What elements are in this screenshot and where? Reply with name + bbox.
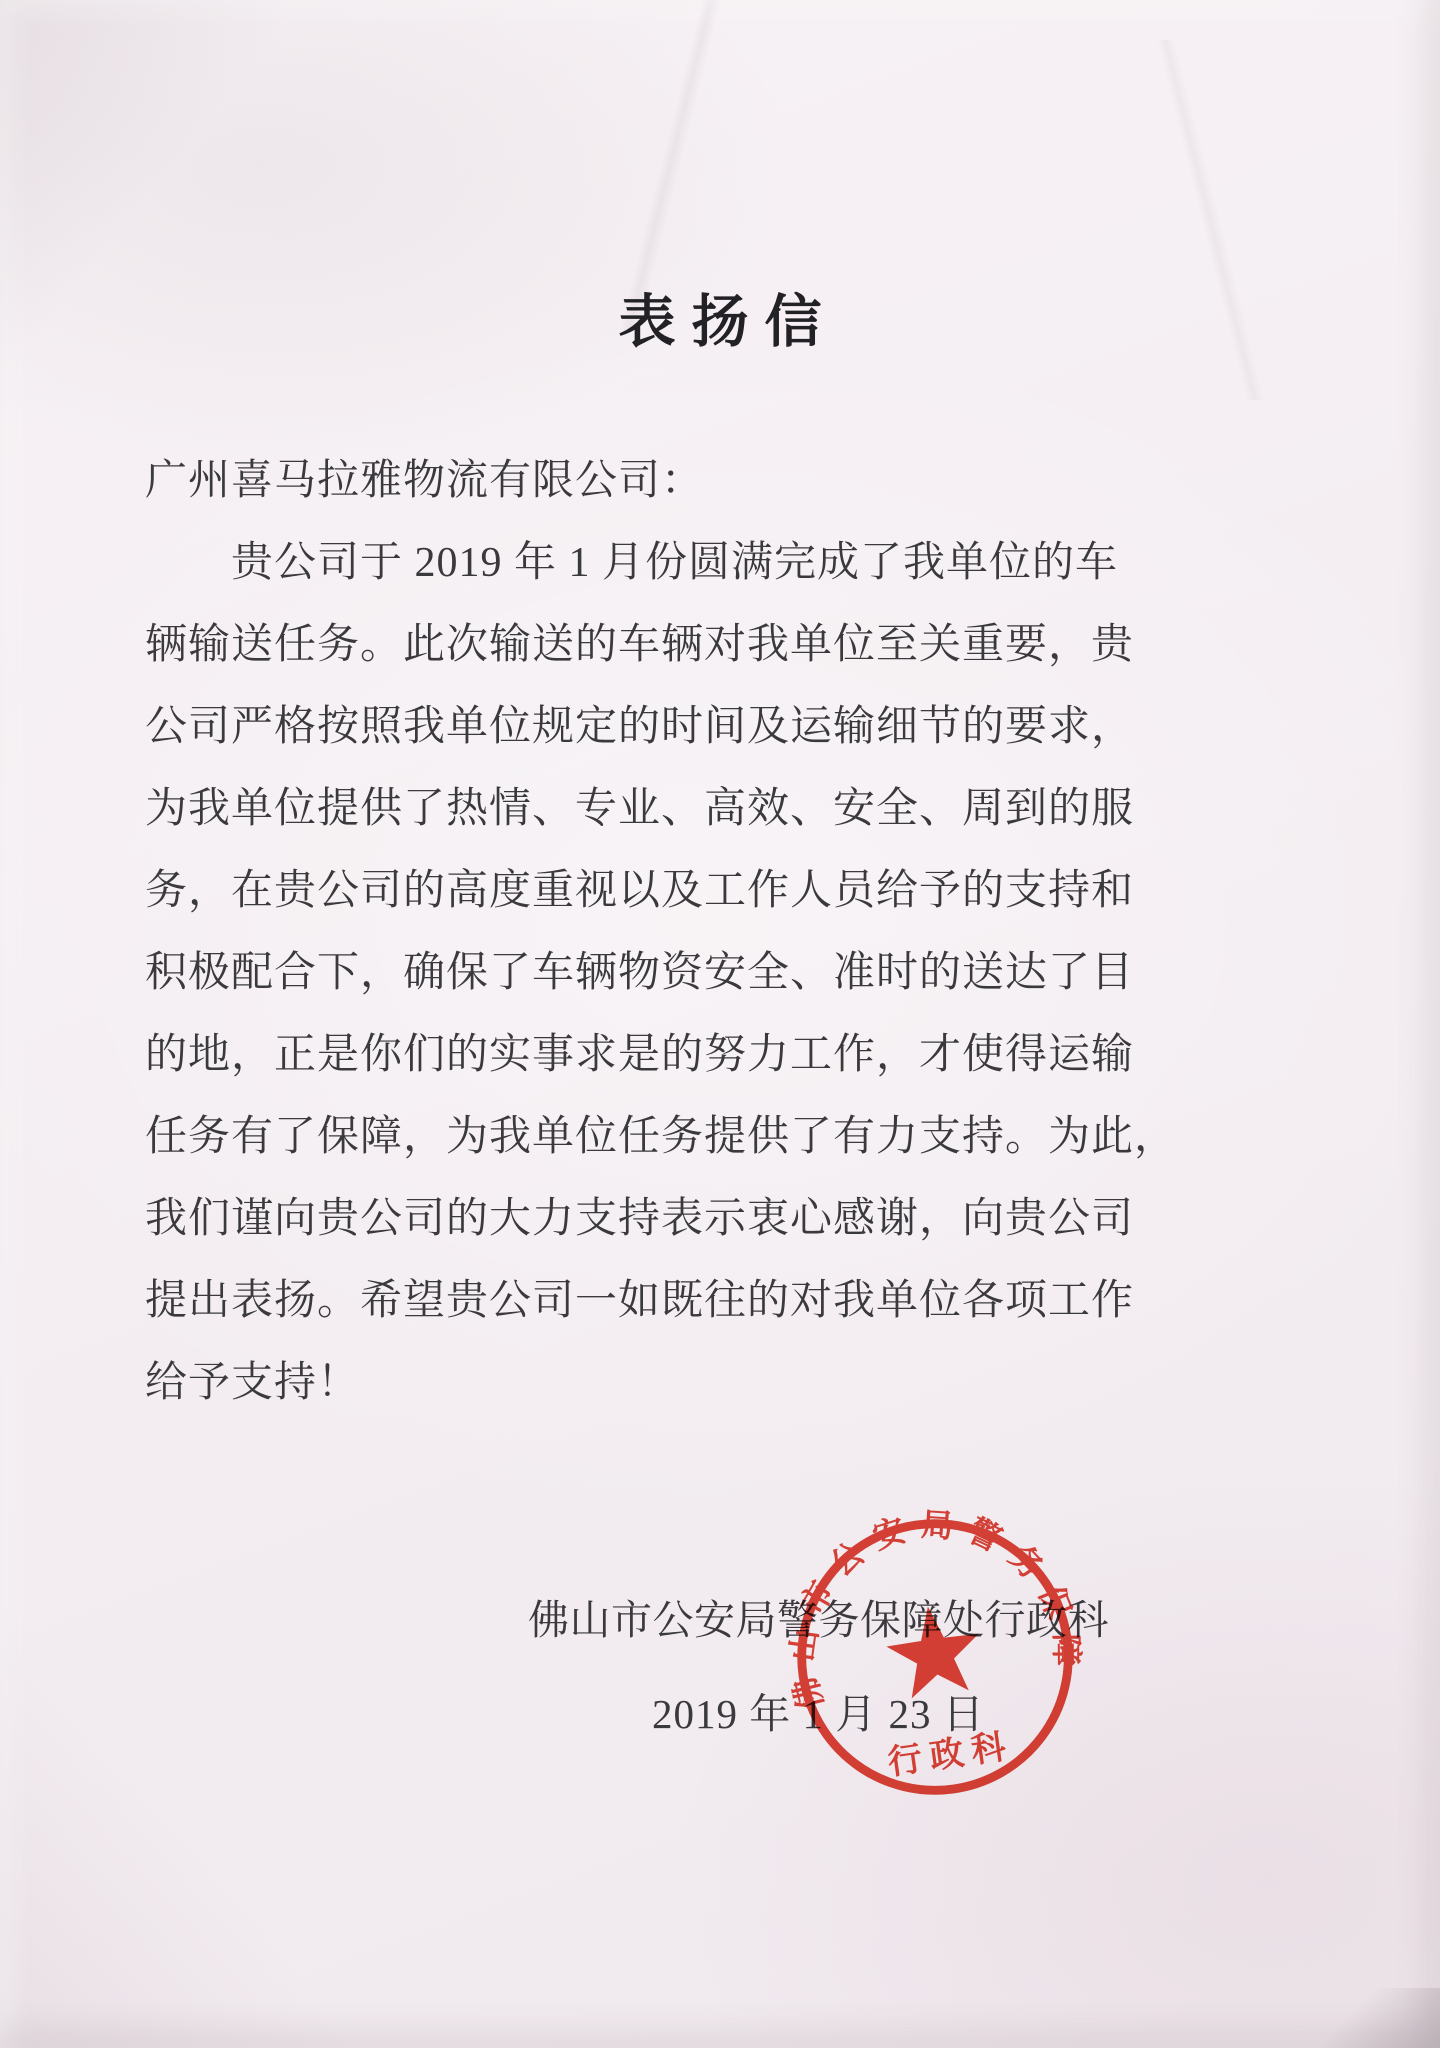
- letter-document: 表扬信 广州喜马拉雅物流有限公司： 贵公司于 2019 年 1 月份圆满完成了我…: [0, 0, 1440, 2048]
- paper-corner-shadow: [1220, 1988, 1440, 2048]
- paper-edge-shadow: [0, 0, 1440, 2048]
